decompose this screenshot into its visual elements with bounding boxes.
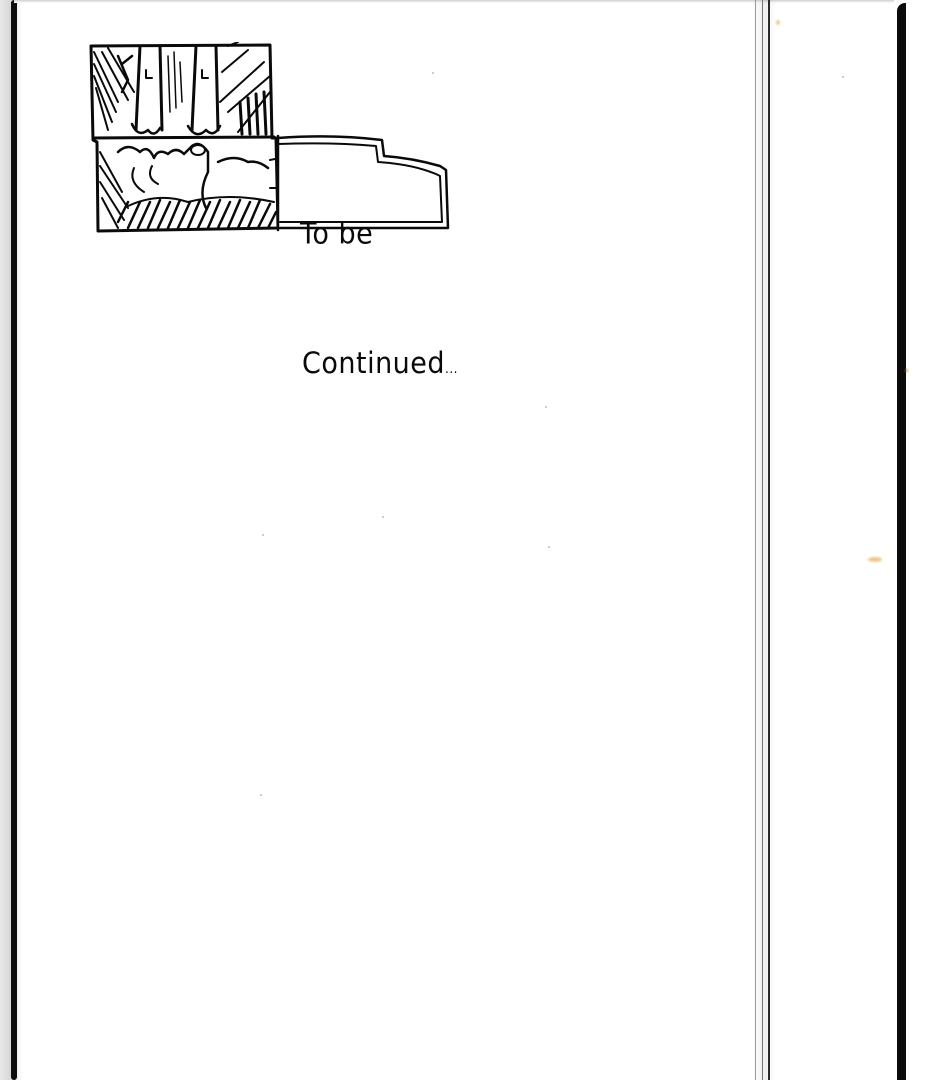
paper-stain [868, 557, 882, 562]
paper-speck [262, 534, 264, 536]
paper-speck [842, 76, 844, 78]
page-fold-line [755, 0, 756, 1080]
paper-speck [545, 406, 547, 408]
caption-line-1: To be [300, 213, 458, 256]
page-left-binding-edge [11, 0, 17, 1080]
caption-text: To be Continued... [300, 127, 458, 434]
page-right-edge [897, 3, 906, 1080]
paper-speck [548, 546, 550, 548]
page-fold-shade [754, 0, 776, 1080]
page-fold-line [768, 0, 770, 1080]
paper-speck [382, 516, 384, 518]
page-fold-line [762, 0, 763, 1080]
caption-word-continued: Continued [302, 347, 445, 380]
paper-speck [432, 72, 434, 74]
paper-stain [776, 20, 780, 25]
caption-trailing-marks: ... [445, 361, 458, 376]
paper-speck [260, 794, 262, 796]
paper-stain [905, 369, 908, 372]
scan-right-margin [906, 0, 940, 1080]
comic-panel [88, 42, 278, 254]
caption-line-2: Continued... [302, 343, 458, 391]
